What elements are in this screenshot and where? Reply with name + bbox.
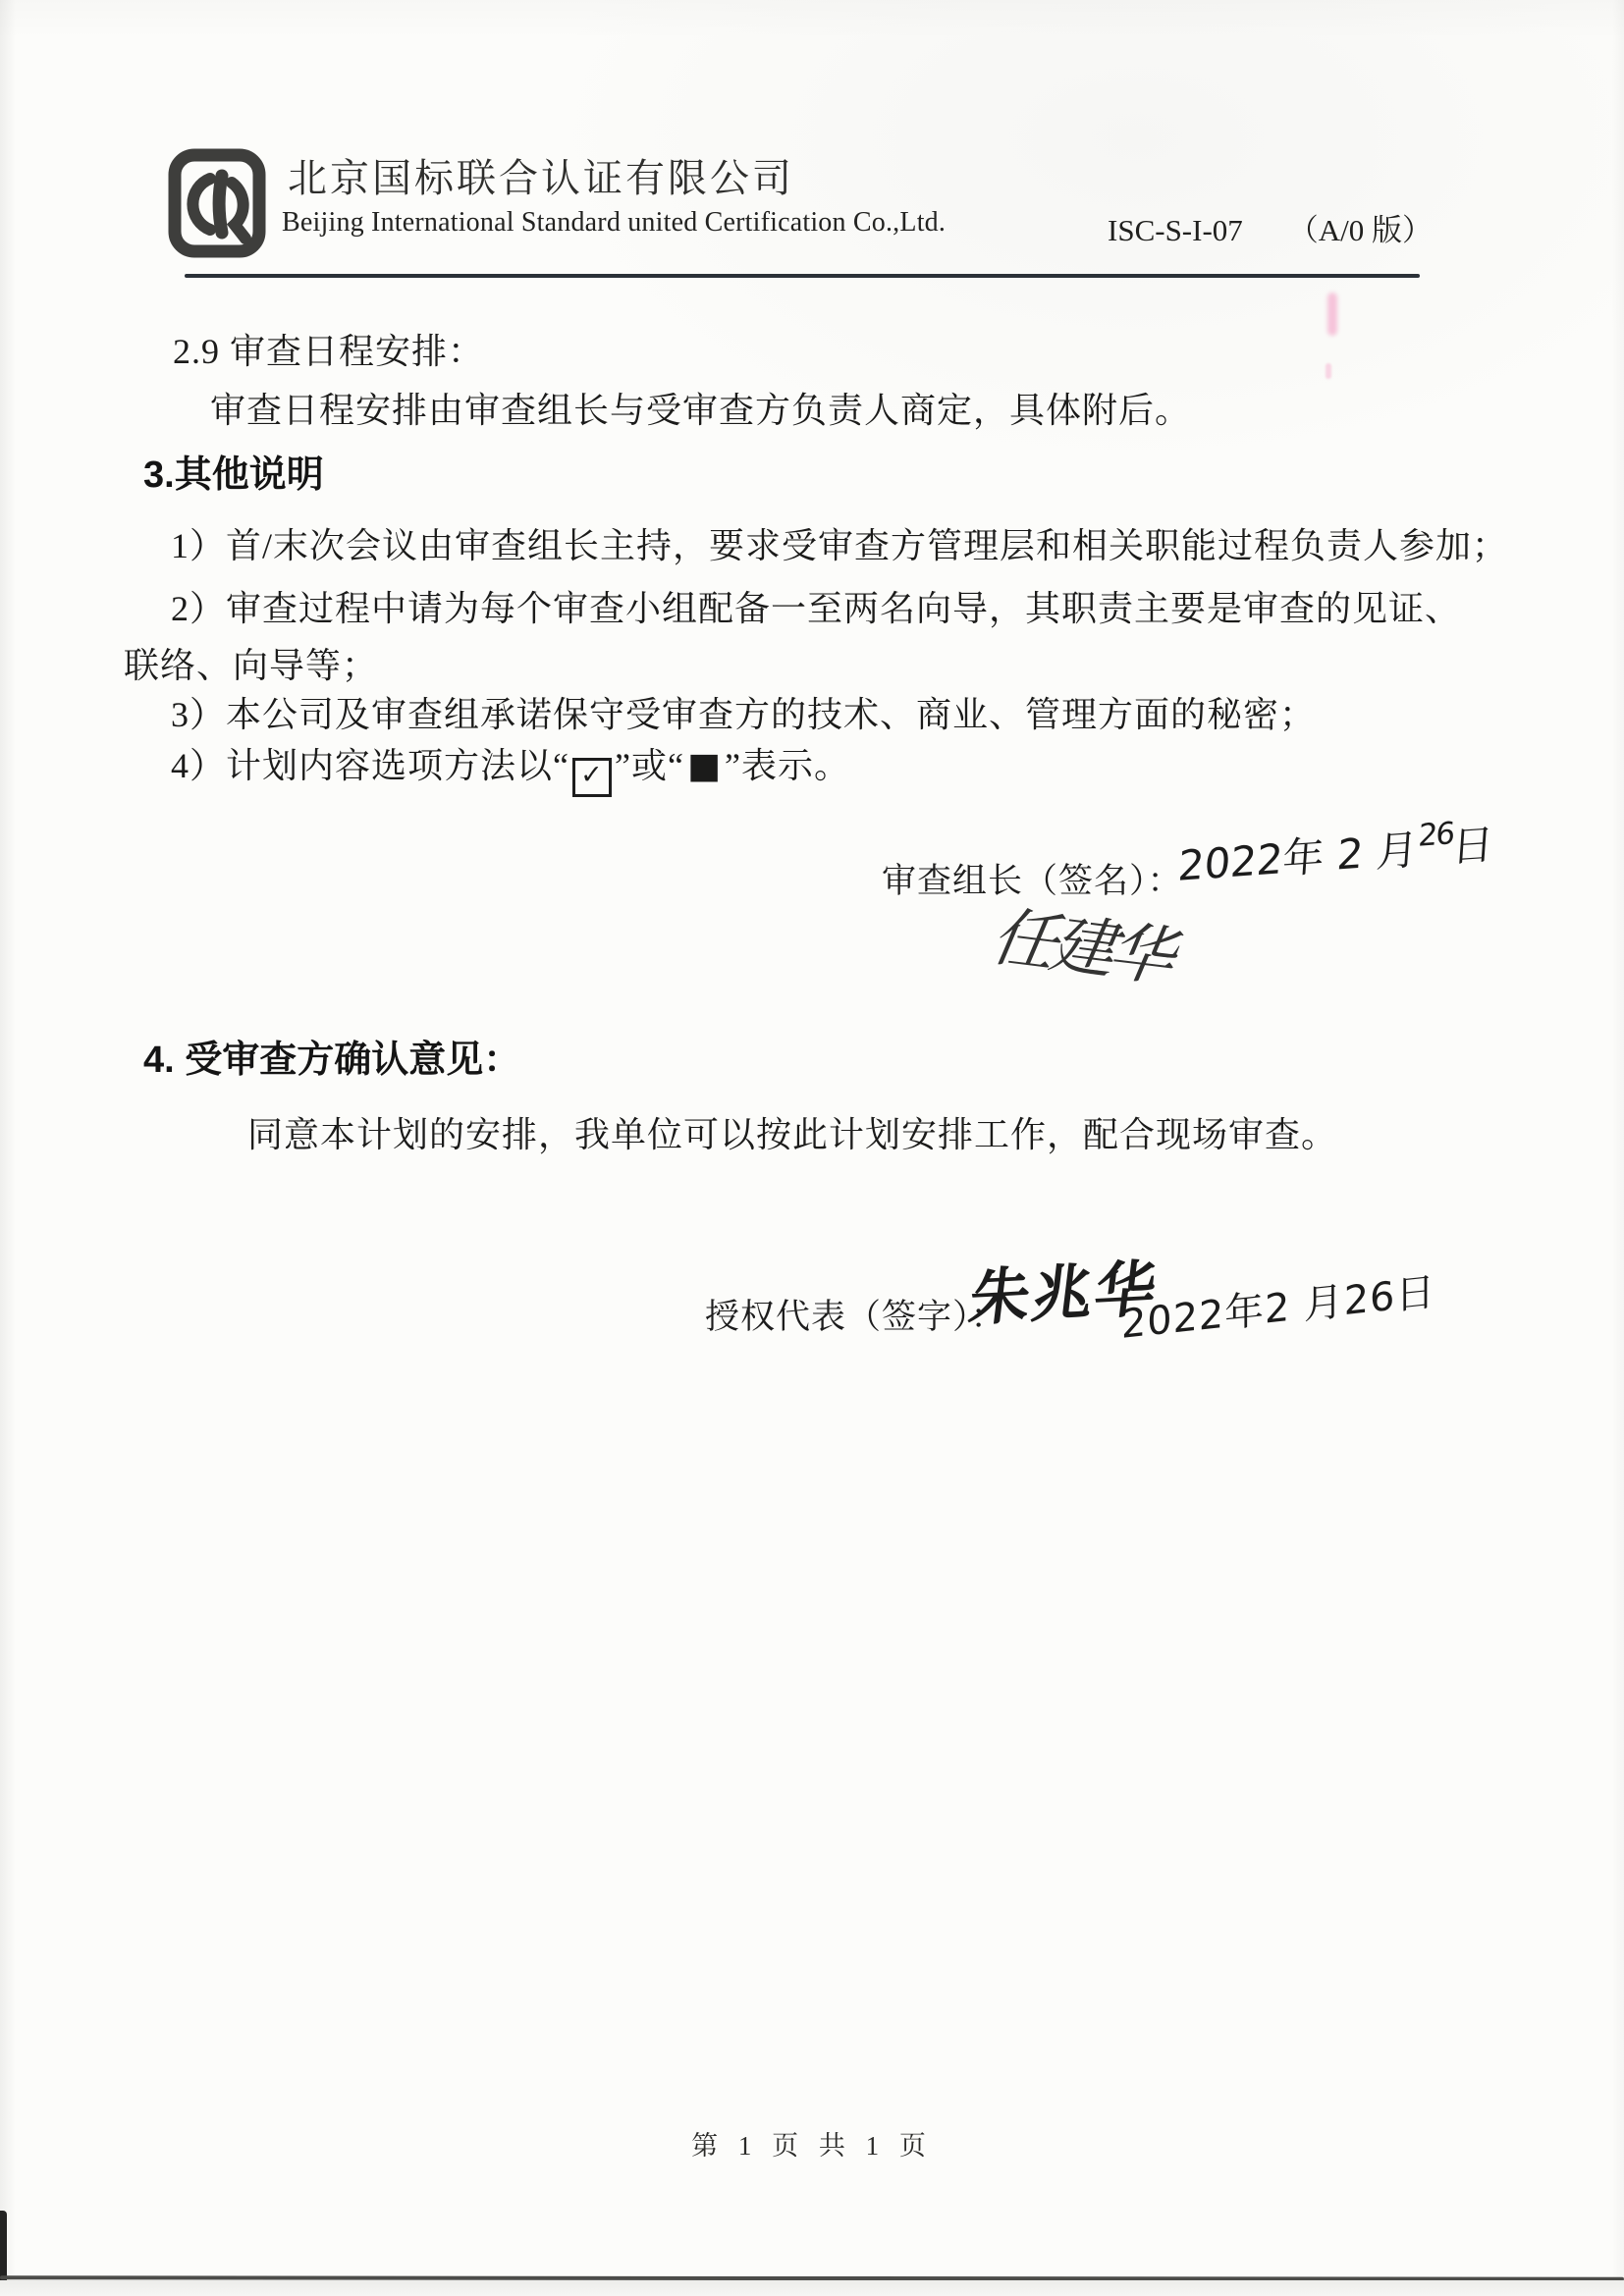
note-item-4-mid: ”或“: [615, 746, 684, 785]
section-2-9-heading: 2.9 审查日程安排：: [173, 324, 484, 374]
leader-date-day: 26: [1417, 816, 1454, 854]
scanned-document-page: 北京国标联合认证有限公司 Beijing International Stand…: [0, 0, 1624, 2296]
leader-date-end: 日: [1450, 820, 1494, 871]
company-logo-icon: [167, 147, 267, 259]
company-name-cn: 北京国标联合认证有限公司: [288, 147, 794, 203]
leader-signature-date-handwriting: 2022年 2 月26日: [1176, 812, 1495, 893]
page-number-footer: 第 1 页 共 1 页: [0, 2124, 1624, 2163]
checked-checkbox-icon: ✓: [572, 758, 612, 797]
note-item-1: 1）首/末次会议由审查组长主持，要求受审查方管理层和相关职能过程负责人参加；: [171, 518, 1508, 568]
note-item-4-suffix: ”表示。: [725, 746, 850, 785]
note-item-2-line2: 联络、向导等；: [124, 638, 378, 688]
document-code: ISC-S-I-07（A/0 版）: [1108, 205, 1433, 249]
pink-scan-mark-small: [1326, 363, 1331, 379]
note-item-3: 3）本公司及审查组承诺保守受审查方的技术、商业、管理方面的秘密；: [171, 687, 1316, 737]
note-item-2-line1: 2）审查过程中请为每个审查小组配备一至两名向导，其职责主要是审查的见证、: [171, 581, 1461, 631]
filled-square-icon: ■: [687, 746, 722, 786]
rep-signature-date-handwriting: 2022年2 月26日: [1121, 1260, 1435, 1350]
doc-code-number: ISC-S-I-07: [1108, 213, 1243, 247]
section-4-body: 同意本计划的安排，我单位可以按此计划安排工作，配合现场审查。: [247, 1107, 1337, 1157]
scan-background-below-page: [0, 2280, 1624, 2296]
section-4-heading: 4. 受审查方确认意见：: [143, 1029, 520, 1083]
pink-scan-mark: [1327, 293, 1337, 336]
note-item-4: 4）计划内容选项方法以“✓”或“■”表示。: [171, 738, 850, 797]
note-item-4-prefix: 4）计划内容选项方法以“: [171, 746, 569, 785]
section-2-9-body: 审查日程安排由审查组长与受审查方负责人商定，具体附后。: [210, 383, 1191, 433]
leader-date-main: 2022年 2 月: [1176, 826, 1419, 890]
doc-code-version: （A/0 版）: [1288, 213, 1433, 247]
header-divider: [185, 274, 1420, 278]
rep-signature-label: 授权代表（签字）：: [705, 1290, 1006, 1339]
section-3-heading: 3.其他说明: [143, 444, 324, 498]
company-name-en: Beijing International Standard united Ce…: [282, 207, 946, 239]
